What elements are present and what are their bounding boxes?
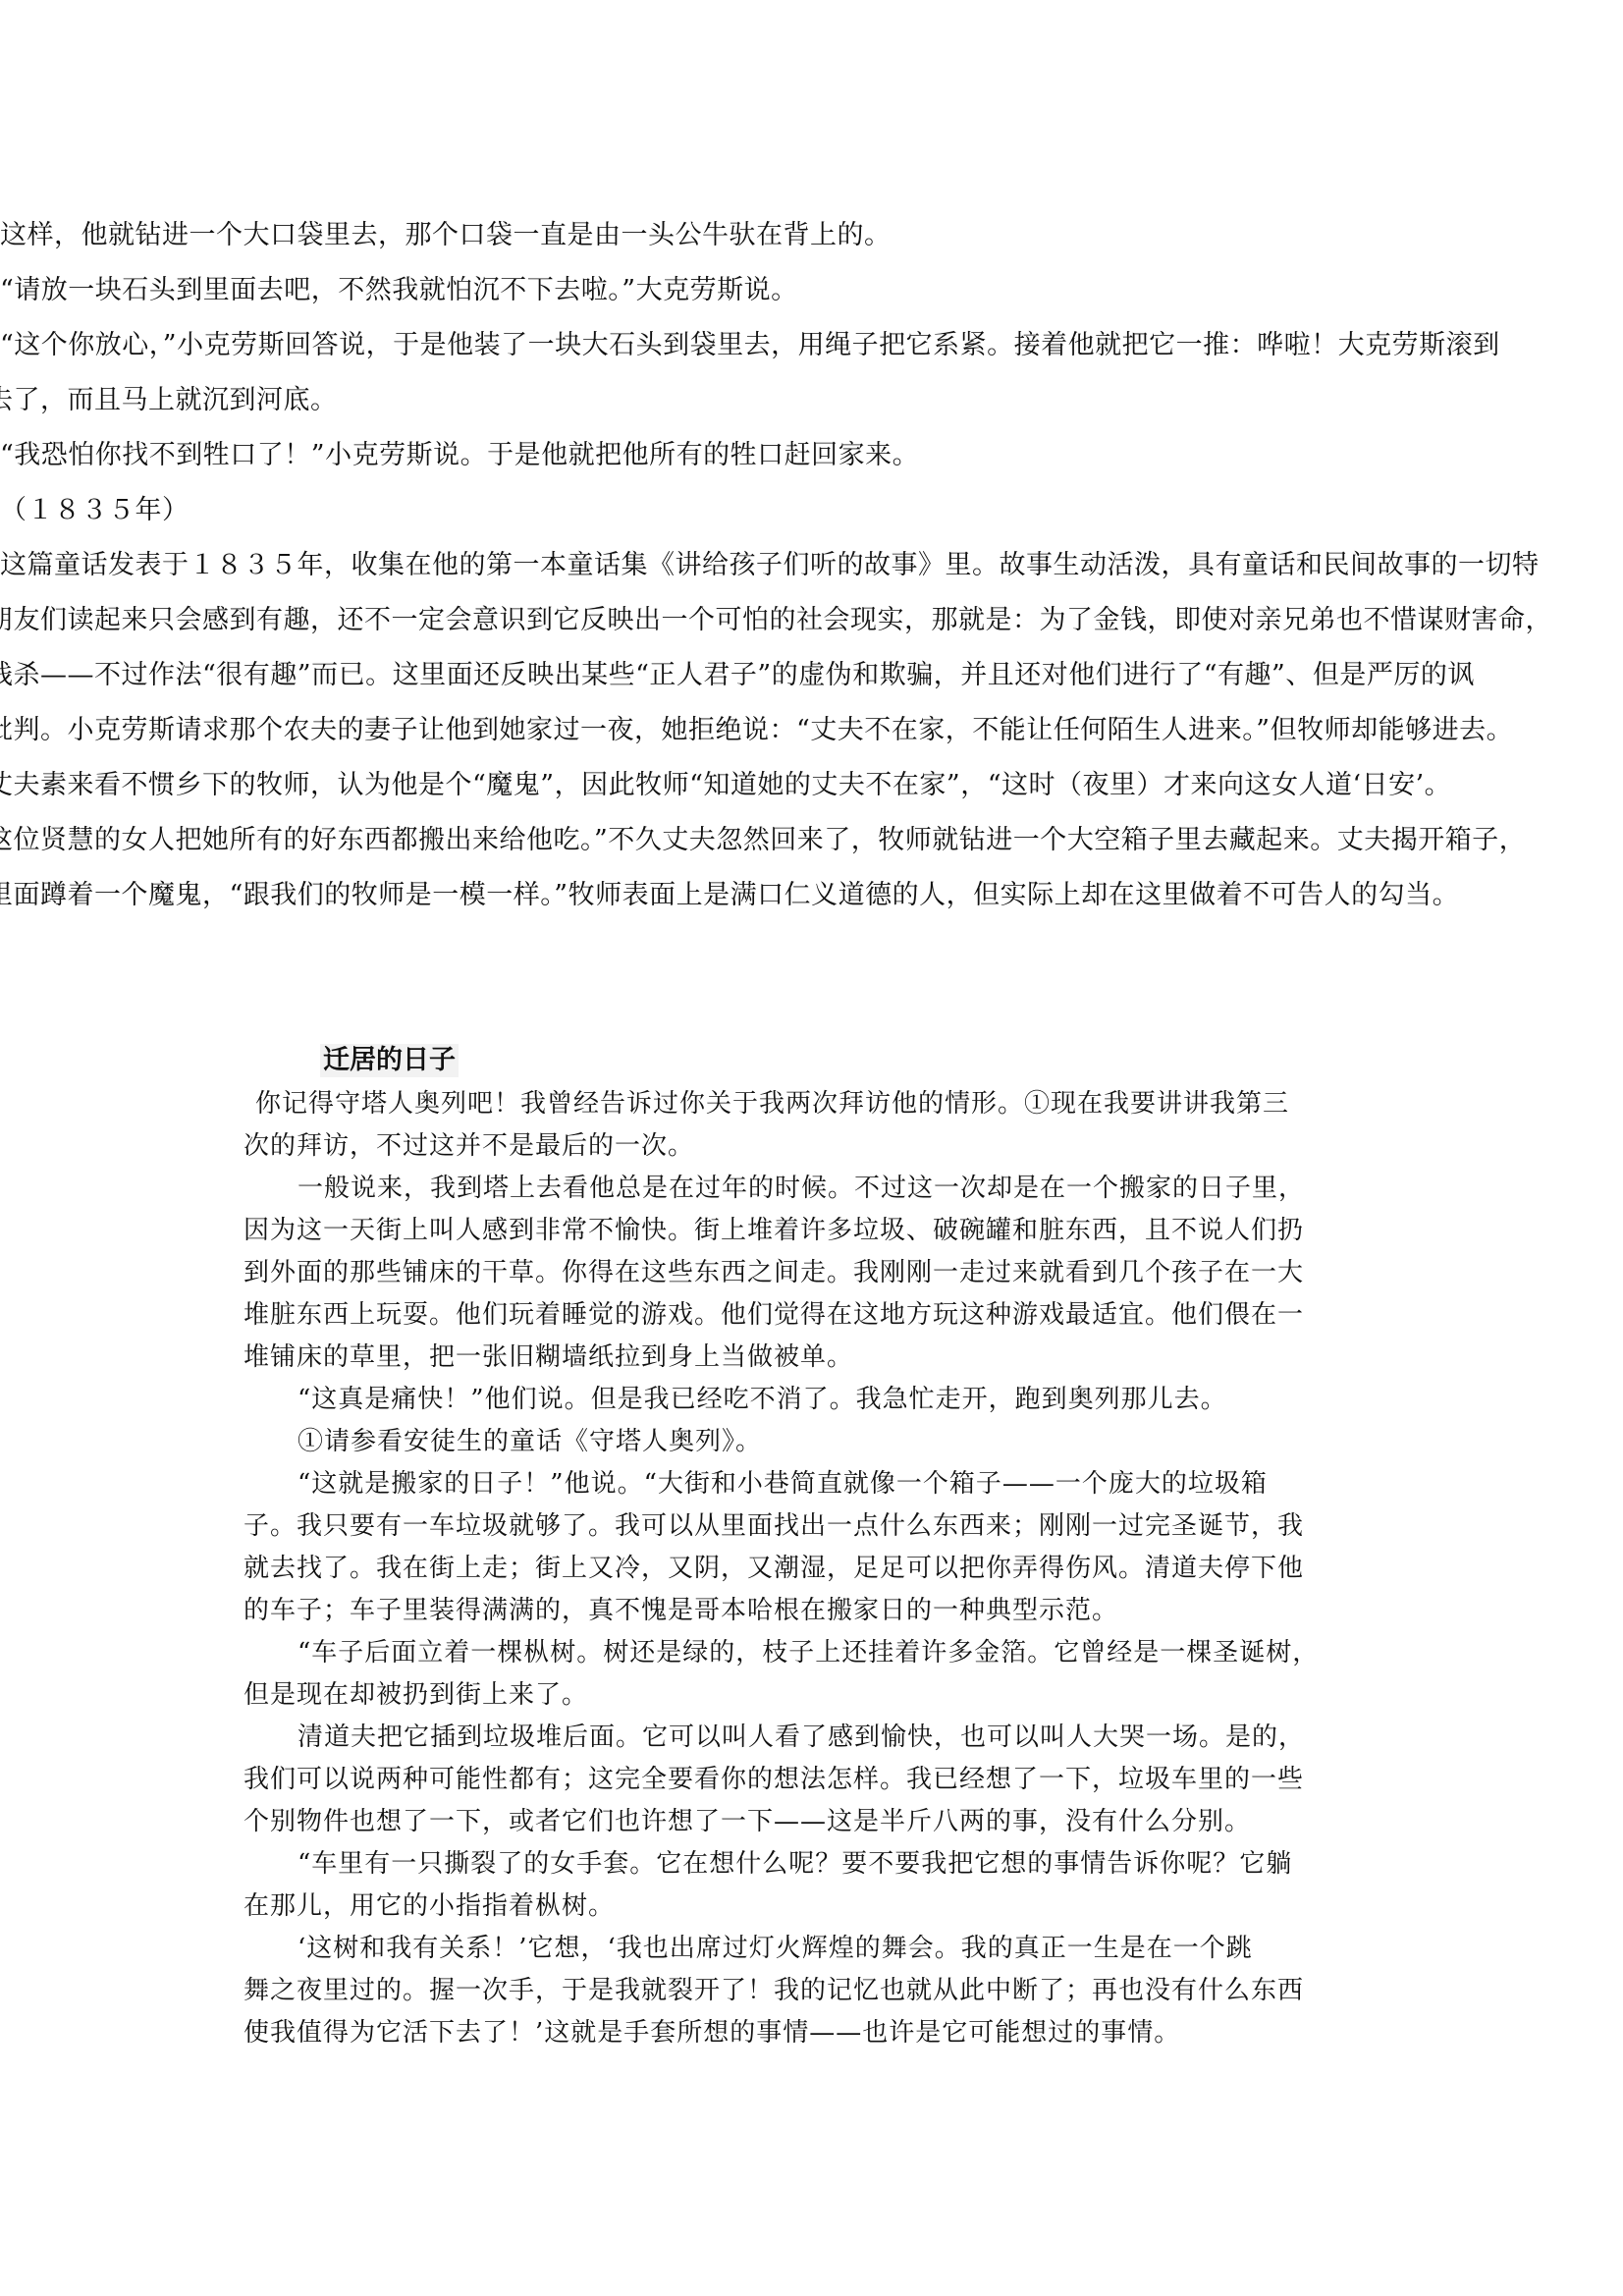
paragraph-line: “车里有一只撕裂了的女手套。它在想什么呢？要不要我把它想的事情告诉你呢？它躺 — [298, 1847, 1292, 1881]
paragraph-line: 一般说来，我到塔上去看他总是在过年的时候。不过这一次却是在一个搬家的日子里， — [298, 1172, 1305, 1205]
paragraph-line: 残杀——不过作法“很有趣”而已。这里面还反映出某些“正人君子”的虚伪和欺骗，并且… — [0, 658, 1475, 693]
paragraph-line: 子。我只要有一车垃圾就够了。我可以从里面找出一点什么东西来；刚刚一过完圣诞节，我 — [243, 1509, 1304, 1543]
paragraph-line: “这就是搬家的日子！”他说。“大街和小巷简直就像一个箱子——一个庞大的垃圾箱 — [298, 1467, 1268, 1501]
paragraph-line: 朋友们读起来只会感到有趣，还不一定会意识到它反映出一个可怕的社会现实，那就是：为… — [0, 603, 1552, 638]
paragraph-line: 你记得守塔人奥列吧！我曾经告诉过你关于我两次拜访他的情形。①现在我要讲讲我第三 — [255, 1087, 1289, 1121]
paragraph-line: “请放一块石头到里面去吧，不然我就怕沉不下去啦。”大克劳斯说。 — [0, 273, 798, 308]
paragraph-line: 清道夫把它插到垃圾堆后面。它可以叫人看了感到愉快，也可以叫人大哭一场。是的， — [298, 1721, 1305, 1754]
paragraph-line: “这真是痛快！”他们说。但是我已经吃不消了。我急忙走开，跑到奥列那儿去。 — [298, 1383, 1227, 1416]
paragraph-line: “车子后面立着一棵枞树。树还是绿的，枝子上还挂着许多金箔。它曾经是一棵圣诞树， — [298, 1636, 1319, 1669]
paragraph-line: 这位贤慧的女人把她所有的好东西都搬出来给他吃。”不久丈夫忽然回来了，牧师就钻进一… — [0, 823, 1526, 858]
paragraph-line: 这样，他就钻进一个大口袋里去，那个口袋一直是由一头公牛驮在背上的。 — [0, 218, 892, 253]
paragraph-line: 里面蹲着一个魔鬼，“跟我们的牧师是一模一样。”牧师表面上是满口仁义道德的人，但实… — [0, 878, 1459, 913]
paragraph-line: 个别物件也想了一下，或者它们也许想了一下——这是半斤八两的事，没有什么分别。 — [243, 1805, 1251, 1838]
paragraph-line: 的车子；车子里装得满满的，真不愧是哥本哈根在搬家日的一种典型示范。 — [243, 1594, 1118, 1627]
paragraph-line: 次的拜访，不过这并不是最后的一次。 — [243, 1129, 694, 1163]
paragraph-line: 堆铺床的草里，把一张旧糊墙纸拉到身上当做被单。 — [243, 1340, 853, 1374]
paragraph-line: 丈夫素来看不惯乡下的牧师，认为他是个“魔鬼”，因此牧师“知道她的丈夫不在家”，“… — [0, 768, 1451, 803]
paragraph-line: “我恐怕你找不到牲口了！”小克劳斯说。于是他就把他所有的牲口赶回家来。 — [0, 438, 919, 473]
footnote: ①请参看安徒生的童话《守塔人奥列》。 — [298, 1425, 762, 1458]
story-title: 迁居的日子 — [320, 1044, 459, 1077]
paragraph-line: 批判。小克劳斯请求那个农夫的妻子让他到她家过一夜，她拒绝说：“丈夫不在家，不能让… — [0, 713, 1513, 748]
paragraph-line: 到外面的那些铺床的干草。你得在这些东西之间走。我刚刚一走过来就看到几个孩子在一大 — [243, 1256, 1304, 1289]
paragraph-line: 我们可以说两种可能性都有；这完全要看你的想法怎样。我已经想了一下，垃圾车里的一些 — [243, 1763, 1304, 1796]
paragraph-line: 因为这一天街上叫人感到非常不愉快。街上堆着许多垃圾、破碗罐和脏东西，且不说人们扔 — [243, 1214, 1304, 1247]
paragraph-line: 但是现在却被扔到街上来了。 — [243, 1678, 588, 1712]
publication-year: （１８３５年） — [0, 493, 189, 528]
paragraph-line: 堆脏东西上玩耍。他们玩着睡觉的游戏。他们觉得在这地方玩这种游戏最适宜。他们偎在一 — [243, 1298, 1304, 1332]
paragraph-line: 就去找了。我在街上走；街上又冷，又阴，又潮湿，足足可以把你弄得伤风。清道夫停下他 — [243, 1552, 1304, 1585]
paragraph-line: 在那儿，用它的小指指着枞树。 — [243, 1889, 615, 1923]
paragraph-line: “这个你放心，”小克劳斯回答说，于是他装了一块大石头到袋里去，用绳子把它系紧。接… — [0, 328, 1500, 363]
paragraph-line: ‘这树和我有关系！’它想，‘我也出席过灯火辉煌的舞会。我的真正一生是在一个跳 — [298, 1932, 1253, 1965]
paragraph-line: 使我值得为它活下去了！’这就是手套所想的事情——也许是它可能想过的事情。 — [243, 2016, 1180, 2050]
paragraph-line: 这篇童话发表于１８３５年，收集在他的第一本童话集《讲给孩子们听的故事》里。故事生… — [0, 548, 1540, 583]
paragraph-line: 去了，而且马上就沉到河底。 — [0, 383, 338, 418]
paragraph-line: 舞之夜里过的。握一次手，于是我就裂开了！我的记忆也就从此中断了；再也没有什么东西 — [243, 1974, 1304, 2007]
